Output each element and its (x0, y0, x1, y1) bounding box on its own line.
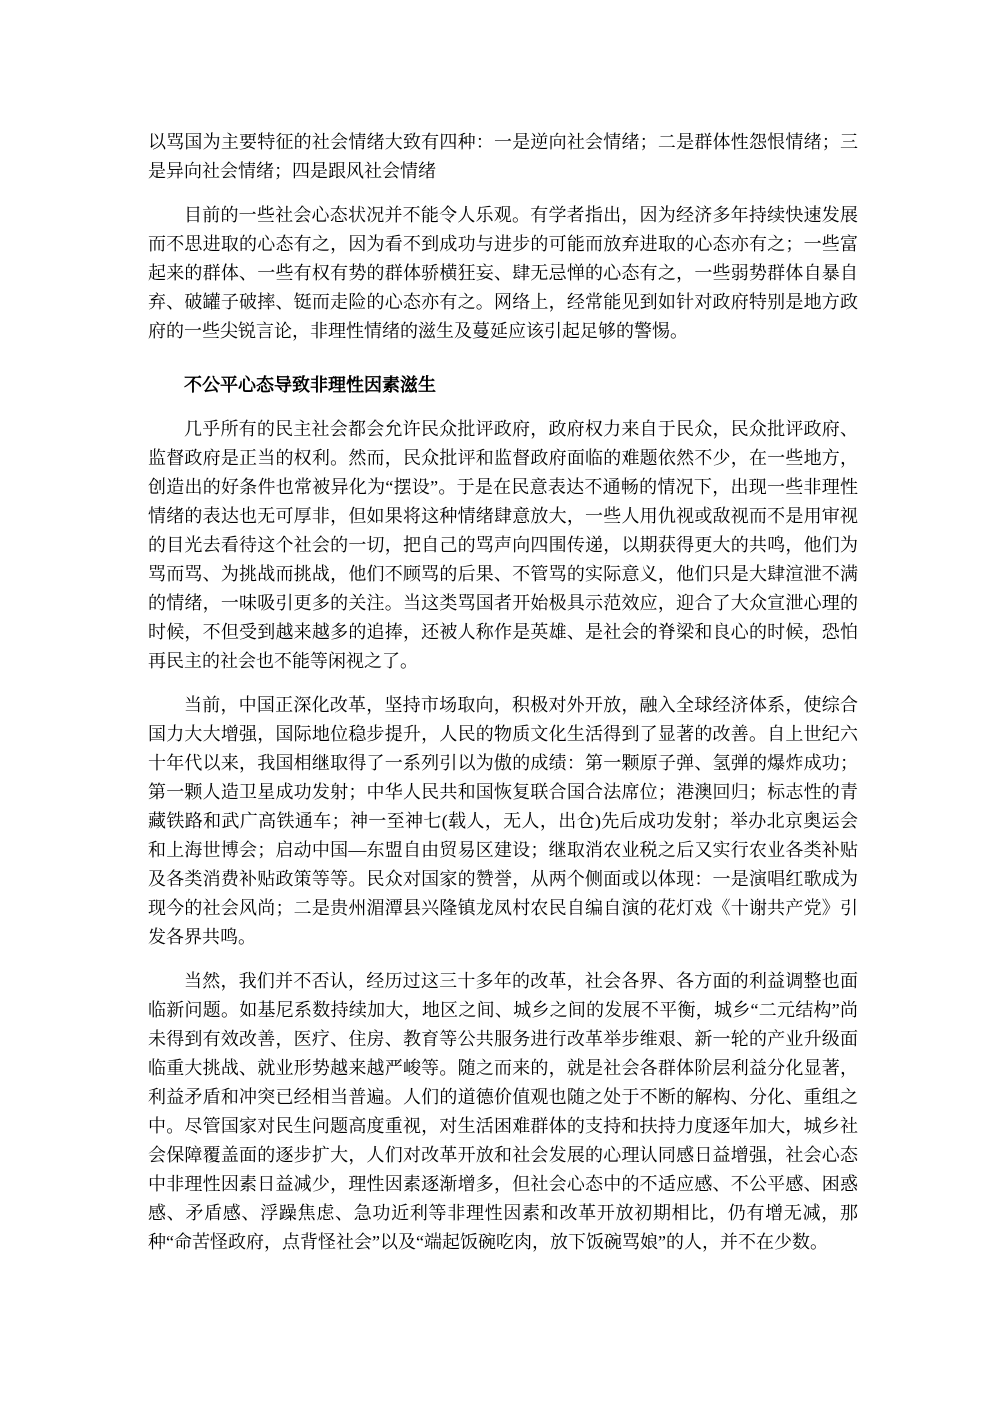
paragraph-emotion-types: 以骂国为主要特征的社会情绪大致有四种：一是逆向社会情绪；二是群体性怨恨情绪；三是… (148, 128, 858, 186)
paragraph-reform-problems: 当然，我们并不否认，经历过这三十多年的改革，社会各界、各方面的利益调整也面临新问… (148, 967, 858, 1257)
section-heading-unfair-mentality: 不公平心态导致非理性因素滋生 (148, 371, 858, 400)
paragraph-china-achievements: 当前，中国正深化改革，坚持市场取向，积极对外开放，融入全球经济体系，使综合国力大… (148, 691, 858, 952)
paragraph-social-mentality: 目前的一些社会心态状况并不能令人乐观。有学者指出，因为经济多年持续快速发展而不思… (148, 201, 858, 346)
document-page: 以骂国为主要特征的社会情绪大致有四种：一是逆向社会情绪；二是群体性怨恨情绪；三是… (148, 128, 858, 1272)
paragraph-criticism-of-government: 几乎所有的民主社会都会允许民众批评政府，政府权力来自于民众，民众批评政府、监督政… (148, 415, 858, 676)
